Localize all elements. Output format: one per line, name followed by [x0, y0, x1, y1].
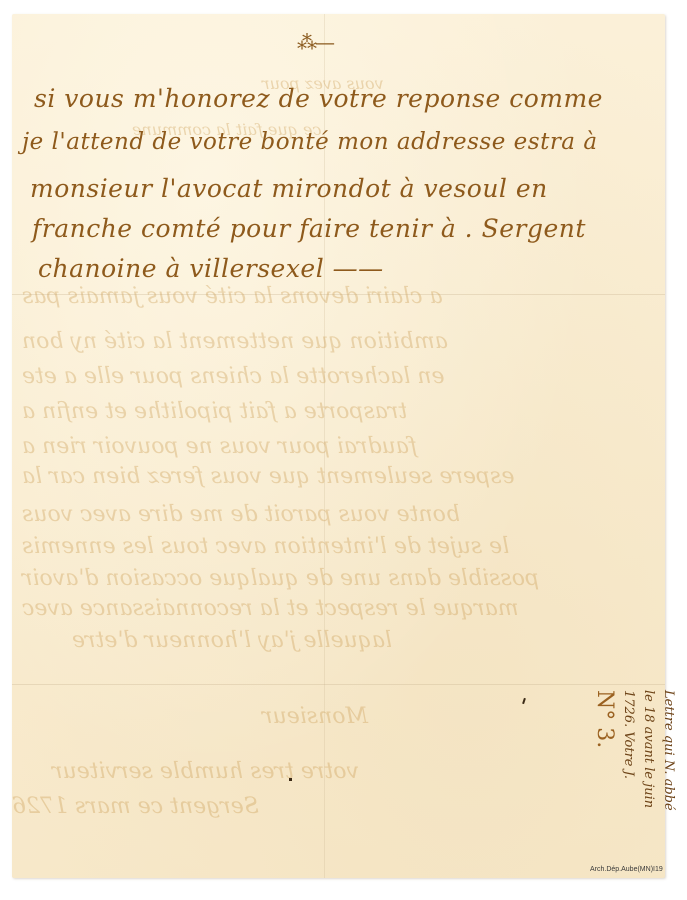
bleed-through-line: en lacherotte la chiens pour elle a ete — [22, 364, 445, 389]
bleed-through-line: bonte vous paroit de me dire avec vous — [22, 502, 460, 527]
header-ornament: ⁂— — [297, 30, 333, 54]
bleed-through-line: a clairi devons la cité vous jamais pas — [22, 284, 443, 309]
bleed-through-line: Sergent ce mars 1726 — [12, 794, 259, 819]
bleed-through-line: votre tres humble serviteur — [52, 759, 359, 784]
bleed-through-line: trasporte a fait pipolithe et enfin a — [22, 399, 407, 424]
archival-annotation: Lettre qui N. abbé le 18 avant le juin 1… — [590, 690, 678, 870]
annotation-line-1: Lettre qui N. abbé — [658, 690, 678, 870]
handwritten-line-5: chanoine à villersexel —— — [38, 254, 384, 283]
letter-page: vous avez pour ce que fait la commune a … — [12, 14, 665, 878]
bleed-through-line: espere seulement que vous ferez bien car… — [22, 464, 514, 489]
bleed-through-line: le sujet de l'intention avec tous les en… — [22, 534, 509, 559]
bleed-through-line: laquelle j'ay l'honneur d'etre — [72, 628, 392, 653]
bleed-through-line: ambition que nettement la cité ny bon — [22, 329, 448, 354]
handwritten-line-1: si vous m'honorez de votre reponse comme — [34, 84, 603, 113]
handwritten-line-3: monsieur l'avocat mirondot à vesoul en — [30, 174, 548, 203]
archive-credit: Arch.Dép.Aube(MN)I19 — [590, 866, 663, 873]
bleed-through-line: Monsieur — [262, 704, 368, 729]
ink-speck — [522, 698, 526, 704]
bleed-through-line: faudrai pour vous ne pouvoir rien a — [22, 434, 417, 459]
handwritten-line-4: franche comté pour faire tenir à . Serge… — [32, 214, 586, 243]
bleed-through-line: marque le respect et la reconnaissance a… — [22, 596, 519, 621]
ink-speck — [289, 778, 292, 781]
bleed-through-line: possible dans une de qualque occasion d'… — [22, 566, 539, 591]
annotation-line-3: 1726. Votre J. — [618, 690, 638, 870]
annotation-number: N° 3. — [590, 690, 618, 870]
annotation-line-2: le 18 avant le juin — [638, 690, 658, 870]
fold-line — [12, 684, 665, 685]
handwritten-line-2: je l'attend de votre bonté mon addresse … — [22, 129, 598, 155]
